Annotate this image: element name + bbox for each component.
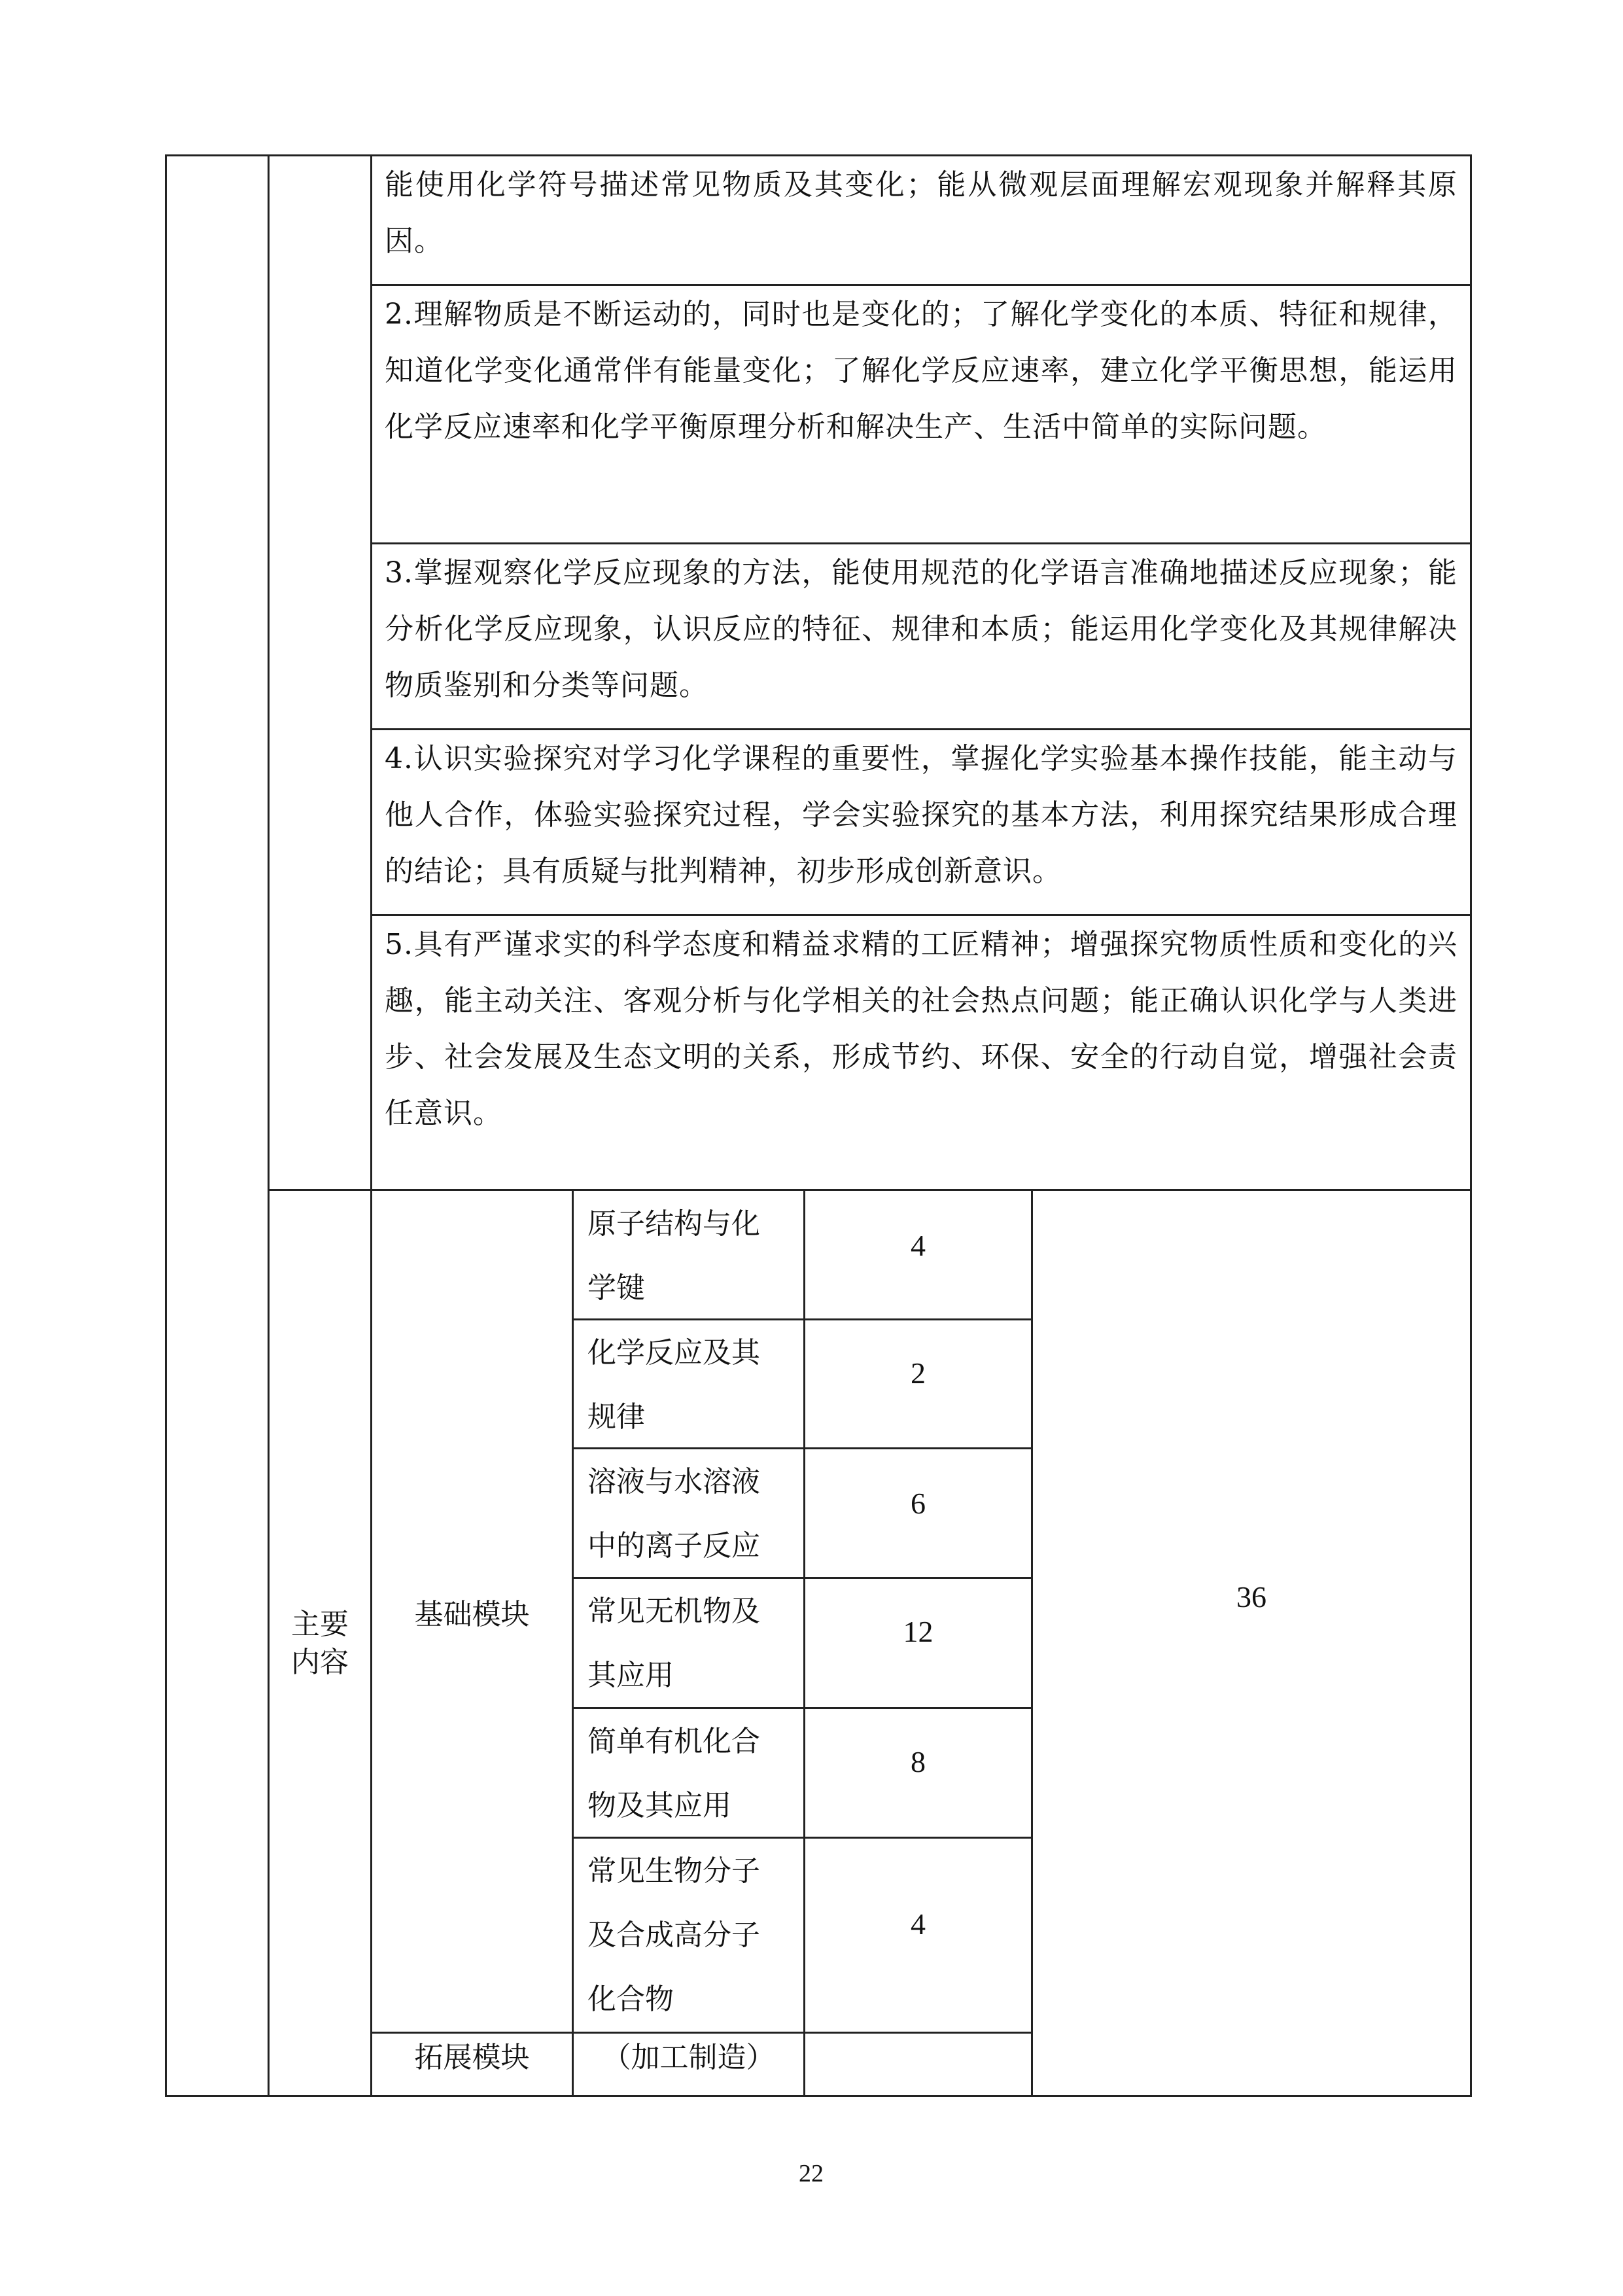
main-content-label-line2: 内容 <box>291 1644 349 1682</box>
objective-4: 4.认识实验探究对学习化学课程的重要性，掌握化学实验基本操作技能，能主动与他人合… <box>385 731 1457 900</box>
topic-name: 常见生物分子 及合成高分子 化合物 <box>587 1839 797 2032</box>
topic-name: 化学反应及其 规律 <box>587 1321 797 1449</box>
table-border-right <box>1470 155 1472 2097</box>
objective-2: 2.理解物质是不断运动的，同时也是变化的；了解化学变化的本质、特征和规律，知道化… <box>385 287 1457 455</box>
topic-hours: 4 <box>805 1839 1031 2009</box>
row-divider <box>370 284 1472 286</box>
topic-hours: 2 <box>805 1320 1031 1425</box>
objective-3: 3.掌握观察化学反应现象的方法，能使用规范的化学语言准确地描述反应现象；能分析化… <box>385 545 1457 714</box>
topic-name: 常见无机物及 其应用 <box>587 1580 797 1708</box>
topic-name: 溶液与水溶液 中的离子反应 <box>587 1450 797 1578</box>
row-divider <box>370 914 1472 916</box>
table-col3-border <box>572 1190 574 2097</box>
table-border-top <box>165 154 1472 156</box>
extension-module-label: 拓展模块 <box>372 2034 572 2075</box>
page-number: 22 <box>799 2159 824 2188</box>
topic-hours: 8 <box>805 1709 1031 1814</box>
extension-hours <box>805 2034 1031 2095</box>
topic-name: 原子结构与化 学键 <box>587 1192 797 1320</box>
objective-5: 5.具有严谨求实的科学态度和精益求精的工匠精神；增强探究物质性质和变化的兴趣，能… <box>385 917 1457 1142</box>
topic-name: 简单有机化合 物及其应用 <box>587 1710 797 1838</box>
topic-hours: 4 <box>805 1191 1031 1299</box>
topic-hours: 12 <box>805 1579 1031 1684</box>
row-divider <box>370 542 1472 544</box>
objective-1-continued: 能使用化学符号描述常见物质及其变化；能从微观层面理解宏观现象并解释其原因。 <box>385 157 1457 270</box>
main-content-label: 主要 内容 <box>270 1191 370 2096</box>
row-divider <box>370 728 1472 730</box>
extension-topic-name: （加工制造） <box>574 2034 803 2075</box>
total-hours: 36 <box>1033 1191 1470 2002</box>
basic-module-label: 基础模块 <box>372 1191 572 2032</box>
main-content-label-line1: 主要 <box>291 1606 349 1644</box>
table-border-left <box>165 155 167 2097</box>
topic-hours: 6 <box>805 1449 1031 1557</box>
